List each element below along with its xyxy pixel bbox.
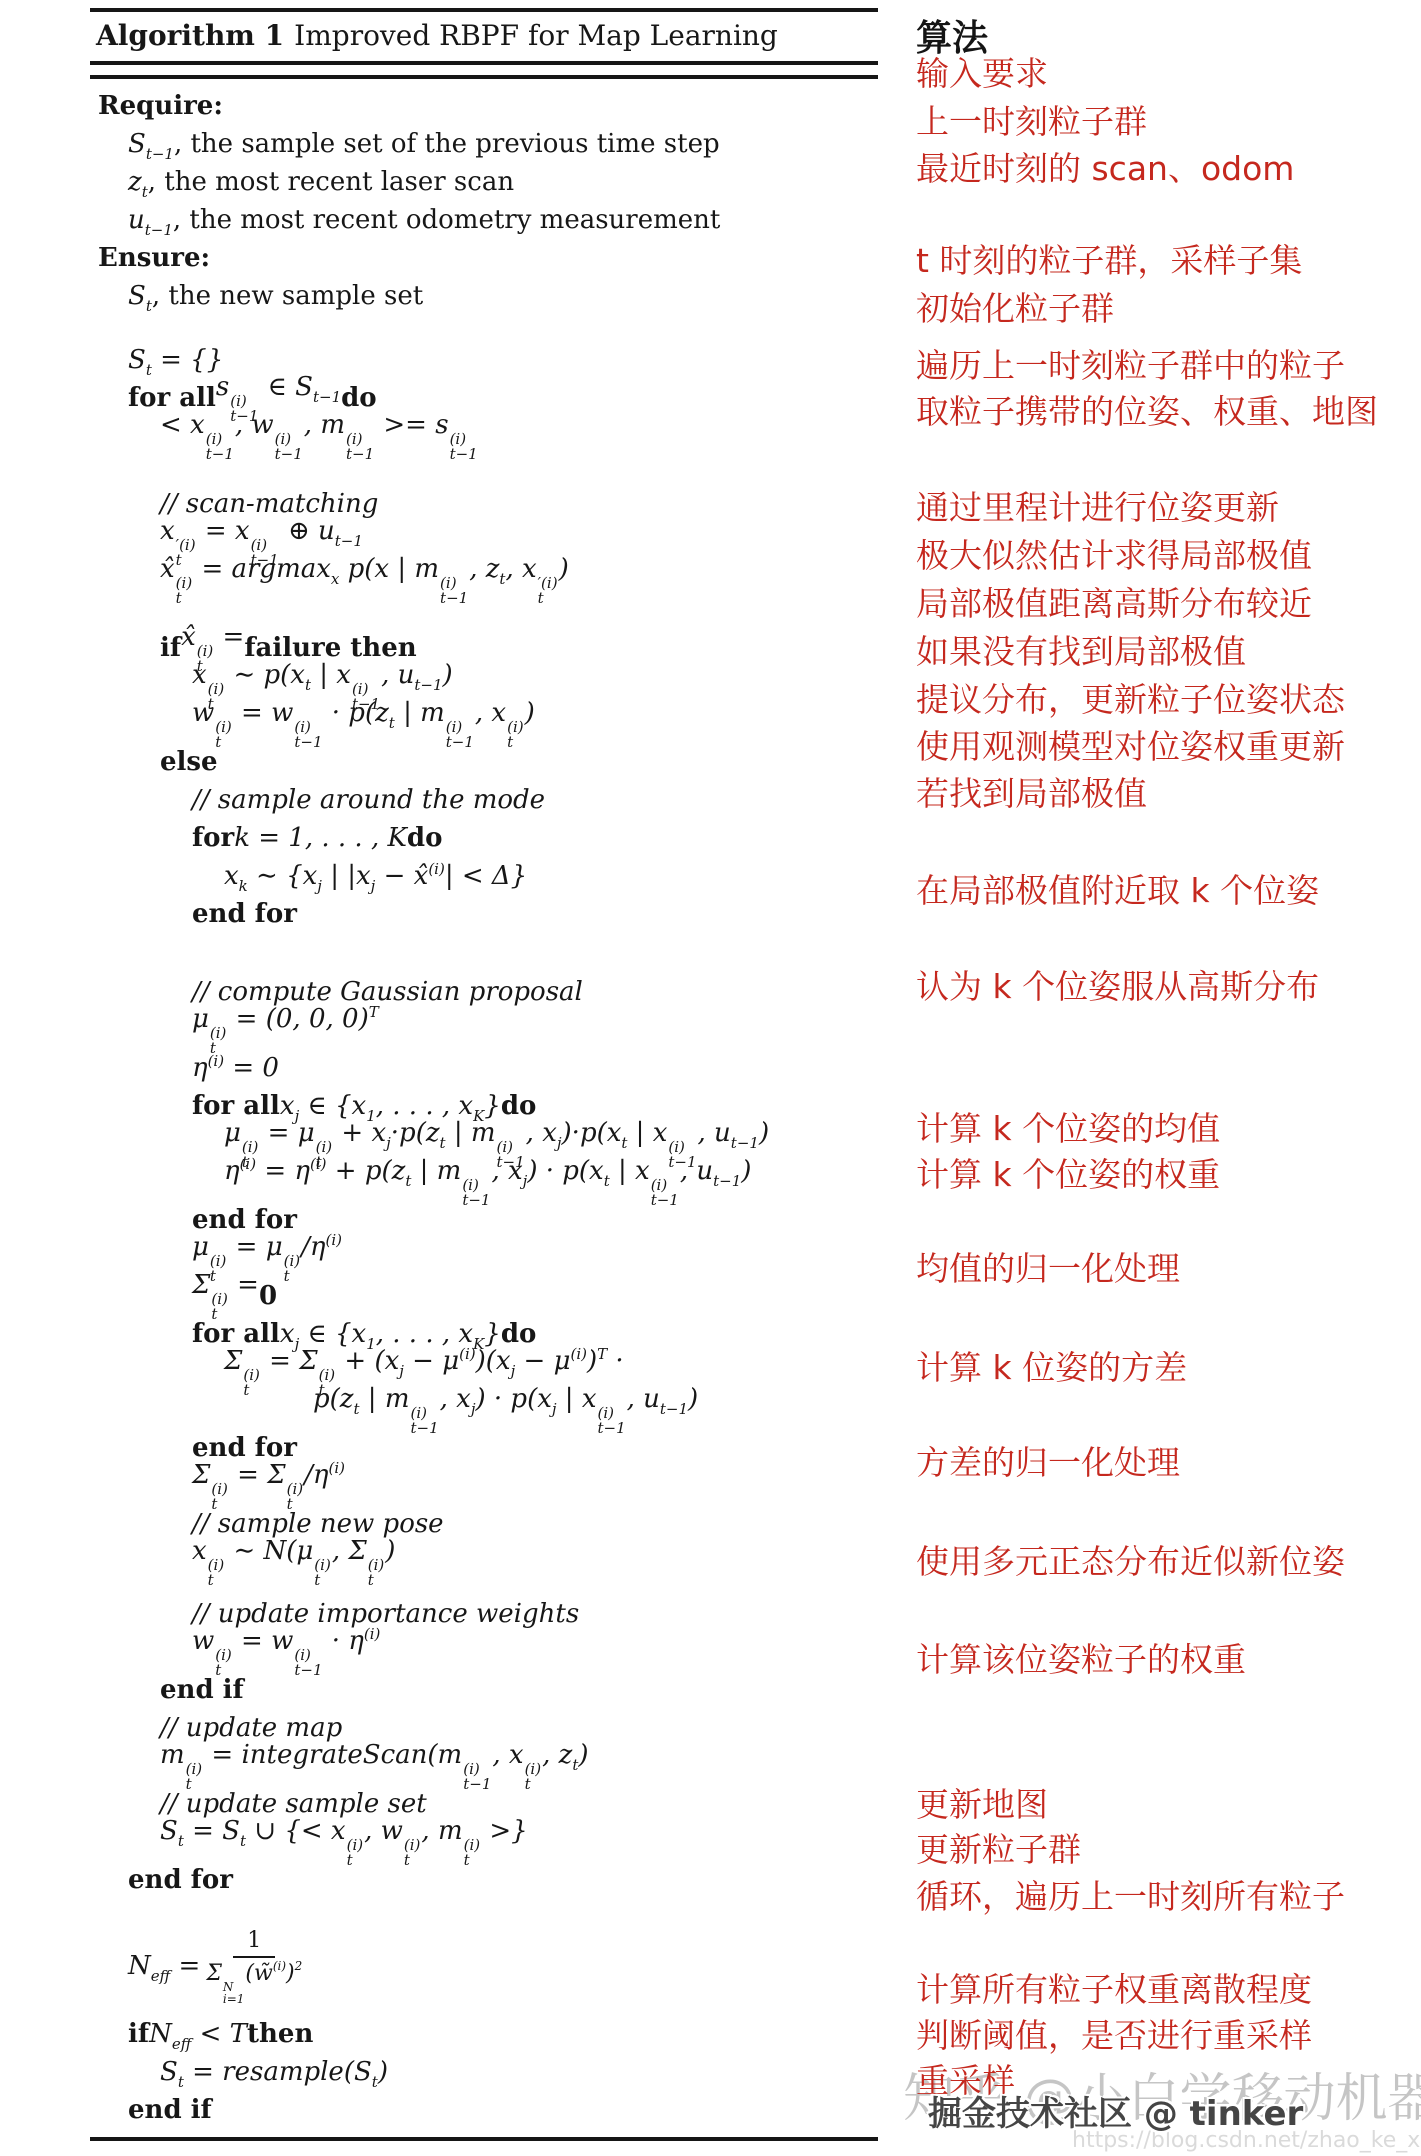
annotation-line: 使用多元正态分布近似新位姿 bbox=[916, 1543, 1345, 1581]
annotation-line: 最近时刻的 scan、odom bbox=[916, 150, 1294, 188]
algorithm-line: zt, the most recent laser scan bbox=[98, 163, 878, 201]
blank-gap bbox=[98, 1899, 878, 1925]
algorithm-line: μ(i)t = (0, 0, 0)T bbox=[98, 1011, 878, 1049]
annotation-line: 循环，遍历上一时刻所有粒子 bbox=[916, 1878, 1345, 1916]
page: Algorithm 1Improved RBPF for Map Learnin… bbox=[0, 0, 1421, 2156]
algorithm-box: Algorithm 1Improved RBPF for Map Learnin… bbox=[90, 8, 878, 2141]
annotation-line: 使用观测模型对位姿权重更新 bbox=[916, 728, 1345, 766]
algorithm-title-text: Improved RBPF for Map Learning bbox=[294, 19, 778, 52]
algorithm-line: ut−1, the most recent odometry measureme… bbox=[98, 201, 878, 239]
annotation-line: 如果没有找到局部极值 bbox=[916, 633, 1246, 671]
annotation-line: 取粒子携带的位姿、权重、地图 bbox=[916, 393, 1378, 431]
blank-gap bbox=[98, 2007, 878, 2015]
algorithm-line: if Neff < T then bbox=[98, 2015, 878, 2053]
algorithm-line: end for bbox=[98, 895, 878, 933]
annotation-line: 计算 k 个位姿的均值 bbox=[916, 1110, 1220, 1148]
algorithm-line: St = resample(St) bbox=[98, 2053, 878, 2091]
algorithm-line: η(i) = 0 bbox=[98, 1049, 878, 1087]
annotation-line: 均值的归一化处理 bbox=[916, 1250, 1180, 1288]
annotation-line: t 时刻的粒子群，采样子集 bbox=[916, 242, 1302, 280]
annotation-line: 计算 k 位姿的方差 bbox=[916, 1349, 1187, 1387]
annotation-line: 更新地图 bbox=[916, 1786, 1048, 1824]
annotation-line: 计算该位姿粒子的权重 bbox=[916, 1641, 1246, 1679]
annotation-line: 输入要求 bbox=[916, 55, 1048, 93]
algorithm-line: < x(i)t−1, w(i)t−1, m(i)t−1 >= s(i)t−1 bbox=[98, 417, 878, 455]
algorithm-line: St−1, the sample set of the previous tim… bbox=[98, 125, 878, 163]
algorithm-line: end if bbox=[98, 2091, 878, 2129]
algorithm-title: Algorithm 1Improved RBPF for Map Learnin… bbox=[90, 12, 878, 57]
annotation-line: 计算所有粒子权重离散程度 bbox=[916, 1971, 1312, 2009]
algorithm-body: Require:St−1, the sample set of the prev… bbox=[90, 87, 878, 2129]
algorithm-line: Σ(i)t = 0 bbox=[98, 1277, 878, 1315]
juejin-watermark: 掘金技术社区 @ tinker bbox=[928, 2086, 1303, 2135]
annotation-line: 方差的归一化处理 bbox=[916, 1444, 1180, 1482]
annotation-line: 更新粒子群 bbox=[916, 1831, 1081, 1869]
annotation-line: 极大似然估计求得局部极值 bbox=[916, 537, 1312, 575]
algorithm-line: Require: bbox=[98, 87, 878, 125]
algorithm-title-label: Algorithm 1 bbox=[96, 19, 284, 52]
algorithm-line: Σ(i)t = Σ(i)t/η(i) bbox=[98, 1467, 878, 1505]
algorithm-line: St, the new sample set bbox=[98, 277, 878, 315]
annotation-line: 上一时刻粒子群 bbox=[916, 103, 1147, 141]
algorithm-line: x(i)t ∼ N(μ(i)t, Σ(i)t) bbox=[98, 1543, 878, 1581]
annotation-line: 认为 k 个位姿服从高斯分布 bbox=[916, 968, 1319, 1006]
annotation-line: 通过里程计进行位姿更新 bbox=[916, 489, 1279, 527]
algorithm-line: end if bbox=[98, 1671, 878, 1709]
annotation-line: 初始化粒子群 bbox=[916, 290, 1114, 328]
algorithm-line: x̂(i)t = argmaxx p(x | m(i)t−1, zt, x′(i… bbox=[98, 561, 878, 599]
annotation-column: 算法 输入要求上一时刻粒子群最近时刻的 scan、odomt 时刻的粒子群，采样… bbox=[916, 0, 1421, 2156]
annotation-line: 若找到局部极值 bbox=[916, 775, 1147, 813]
algorithm-line: p(zt | m(i)t−1, xj) · p(xj | x(i)t−1, ut… bbox=[98, 1391, 878, 1429]
blank-gap bbox=[98, 933, 878, 973]
algorithm-line: w(i)t = w(i)t−1 · η(i) bbox=[98, 1633, 878, 1671]
annotation-line: 计算 k 个位姿的权重 bbox=[916, 1156, 1220, 1194]
blank-gap bbox=[98, 315, 878, 341]
bottom-rule bbox=[90, 2137, 878, 2141]
annotation-line: 在局部极值附近取 k 个位姿 bbox=[916, 872, 1319, 910]
algorithm-line: Ensure: bbox=[98, 239, 878, 277]
algorithm-formula-line: Neff = 1ΣNi=1(w̃(i))2 bbox=[98, 1925, 878, 2007]
algorithm-line: // sample around the mode bbox=[98, 781, 878, 819]
algorithm-line: xk ∼ {xj | |xj − x̂(i)| < Δ} bbox=[98, 857, 878, 895]
annotation-line: 提议分布，更新粒子位姿状态 bbox=[916, 681, 1345, 719]
annotation-line: 判断阈值，是否进行重采样 bbox=[916, 2017, 1312, 2055]
algorithm-line: for k = 1, . . . , K do bbox=[98, 819, 878, 857]
title-rule bbox=[90, 61, 878, 79]
annotation-line: 遍历上一时刻粒子群中的粒子 bbox=[916, 347, 1345, 385]
annotation-line: 局部极值距离高斯分布较近 bbox=[916, 585, 1312, 623]
algorithm-line: m(i)t = integrateScan(m(i)t−1, x(i)t, zt… bbox=[98, 1747, 878, 1785]
algorithm-line: St = St ∪ {< x(i)t, w(i)t, m(i)t >} bbox=[98, 1823, 878, 1861]
algorithm-line: w(i)t = w(i)t−1 · p(zt | m(i)t−1, x(i)t) bbox=[98, 705, 878, 743]
